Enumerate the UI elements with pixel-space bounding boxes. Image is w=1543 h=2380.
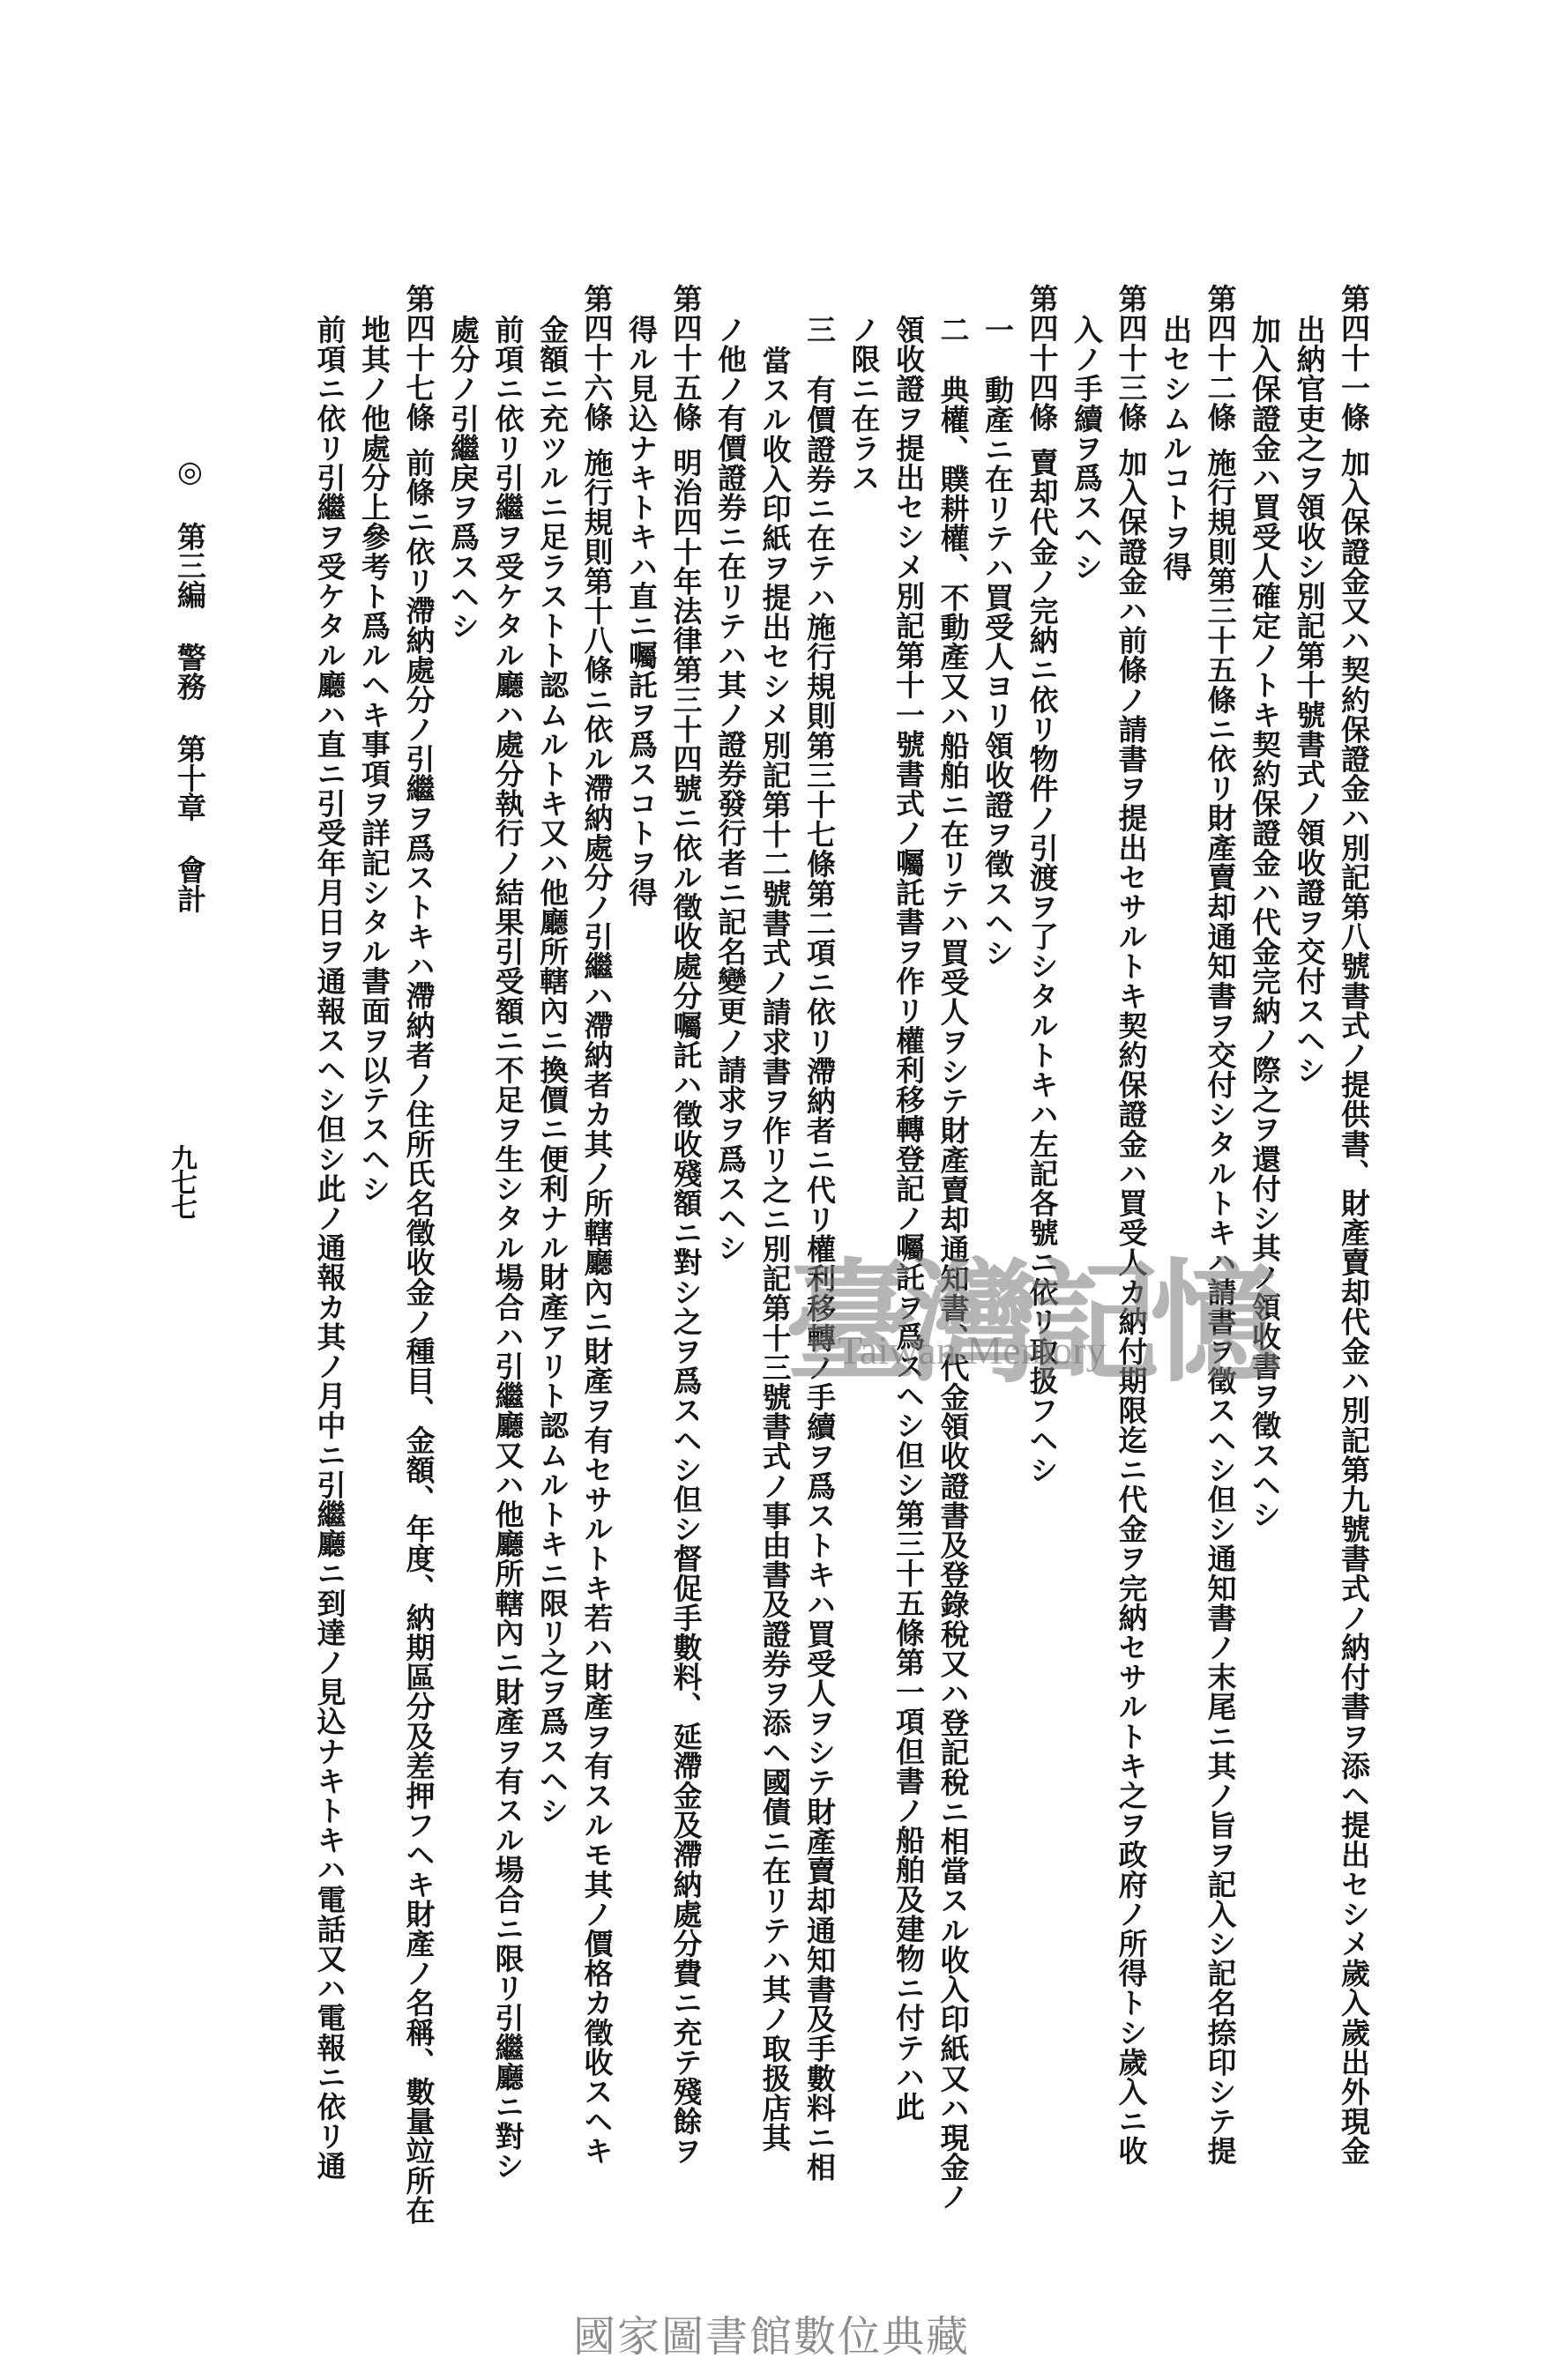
chapter-label: 第十章 (172, 734, 207, 855)
article-heading: 第四十一條 (1331, 284, 1376, 448)
article-heading: 第四十三條 (1108, 284, 1153, 448)
page-number: 九七七 (163, 1144, 198, 1218)
article-heading: 第四十五條 (663, 284, 708, 448)
taiwan-memory-watermark-text: Taiwan Memory (838, 1327, 1107, 1373)
text-column: 前項ニ依リ引繼ヲ受ケタル廳ハ直ニ引受年月日ヲ通報スヘシ但シ此ノ通報カ其ノ月中ニ引… (307, 284, 352, 2161)
article-heading: 第四十四條 (1019, 284, 1064, 448)
text-column: 地其ノ他處分上參考ト爲ルヘキ事項ヲ詳記シタル書面ヲ以テスヘシ (352, 284, 397, 2161)
text-column: ノ他ノ有價證券ニ在リテハ其ノ證券發行者ニ記名變更ノ請求ヲ爲スヘシ (708, 284, 753, 2161)
part-label: 第三編 (172, 522, 207, 643)
section-label: 警務 (172, 643, 207, 734)
text-column: 第四十七條前條ニ依リ滯納處分ノ引繼ヲ爲ストキハ滯納者ノ住所氏名徵收金ノ種目、金額… (396, 284, 441, 2161)
scanned-document-page: 第四十一條加入保證金又ハ契約保證金ハ別記第八號書式ノ提供書、財產賣却代金ハ別記第… (0, 0, 1543, 2380)
text-column: 得ル見込ナキトキハ直ニ囑託ヲ爲スコトヲ得 (619, 284, 664, 2161)
item-number: 一 (975, 315, 1020, 376)
article-heading: 第四十七條 (396, 284, 441, 448)
running-footer: ◎第三編警務第十章會計 (172, 454, 207, 2085)
text-column: 處分ノ引繼戾ヲ爲スヘシ (441, 284, 486, 2161)
text-column: 出納官吏之ヲ領收シ別記第十號書式ノ領收證ヲ交付スヘシ (1286, 284, 1331, 2161)
item-number: 二 (930, 315, 975, 376)
text-column: 第四十六條施行規則第十八條ニ依ル滯納處分ノ引繼ハ滯納者カ其ノ所轄廳內ニ財產ヲ有セ… (574, 284, 619, 2161)
article-heading: 第四十二條 (1197, 284, 1242, 448)
text-column: 前項ニ依リ引繼ヲ受ケタル廳ハ處分執行ノ結果引受額ニ不足ヲ生シタル場合ハ引繼廳又ハ… (485, 284, 530, 2161)
text-column: 第四十五條明治四十年法律第三十四號ニ依ル徵收處分囑託ハ徵收殘額ニ對シ之ヲ爲スヘシ… (663, 284, 708, 2161)
archive-caption: 國家圖書館數位典藏 (0, 2302, 1543, 2363)
text-column: 第四十一條加入保證金又ハ契約保證金ハ別記第八號書式ノ提供書、財產賣却代金ハ別記第… (1331, 284, 1376, 2161)
chapter-title: 會計 (173, 855, 207, 913)
taiwan-memory-watermark-logo: 臺灣記憶 (785, 1216, 1271, 1407)
article-heading: 第四十六條 (574, 284, 619, 448)
item-number: 三 (797, 315, 842, 376)
text-column: 金額ニ充ツルニ足ラストト認ムルトキ又ハ他廳所轄內ニ換價ニ便利ナル財產アリト認ムル… (530, 284, 575, 2161)
circle-mark-icon: ◎ (172, 454, 207, 522)
